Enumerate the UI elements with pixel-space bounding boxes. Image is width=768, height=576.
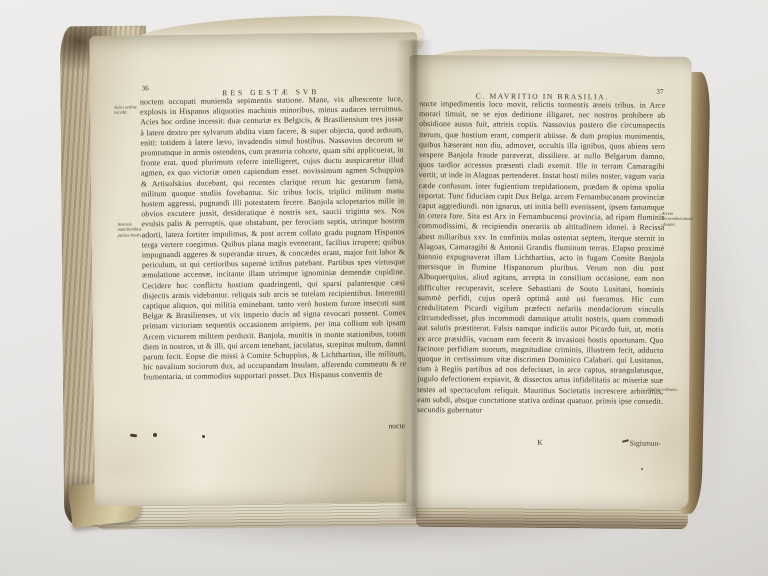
right-page-number: 37	[656, 88, 663, 96]
photo-background: 36 RES GESTÆ SVB noctem occupati muniend…	[0, 0, 768, 576]
left-page-number: 36	[142, 84, 149, 92]
left-catch-row: nocte	[144, 421, 407, 435]
right-margin-note-1: Arcem Fernambucanam obsidet.	[661, 211, 687, 227]
right-catchword: Sigismun-	[630, 439, 661, 448]
worm-hole	[153, 433, 157, 437]
right-page-text: nocte impedimentis loco movit, relictis …	[417, 99, 665, 439]
left-catchword: nocte	[388, 421, 405, 430]
right-page: C. MAVRITIO IN BRASILIA. 37 nocte impedi…	[406, 55, 691, 509]
left-page: 36 RES GESTÆ SVB noctem occupati muniend…	[89, 32, 423, 506]
left-text-column: noctem occupati munienda sepimentis stat…	[140, 94, 407, 435]
right-margin-note-2: Stativa ordinata.	[647, 387, 681, 393]
left-margin-note-1: Acies ordine incedit.	[114, 104, 141, 115]
left-page-text: noctem occupati munienda sepimentis stat…	[140, 94, 407, 424]
fox-spot	[641, 468, 643, 470]
worm-hole	[202, 435, 205, 438]
right-text-column: nocte impedimentis loco movit, relictis …	[417, 99, 665, 450]
left-margin-note-2: Insessis munitionibus pulsus hostis.	[117, 221, 144, 238]
